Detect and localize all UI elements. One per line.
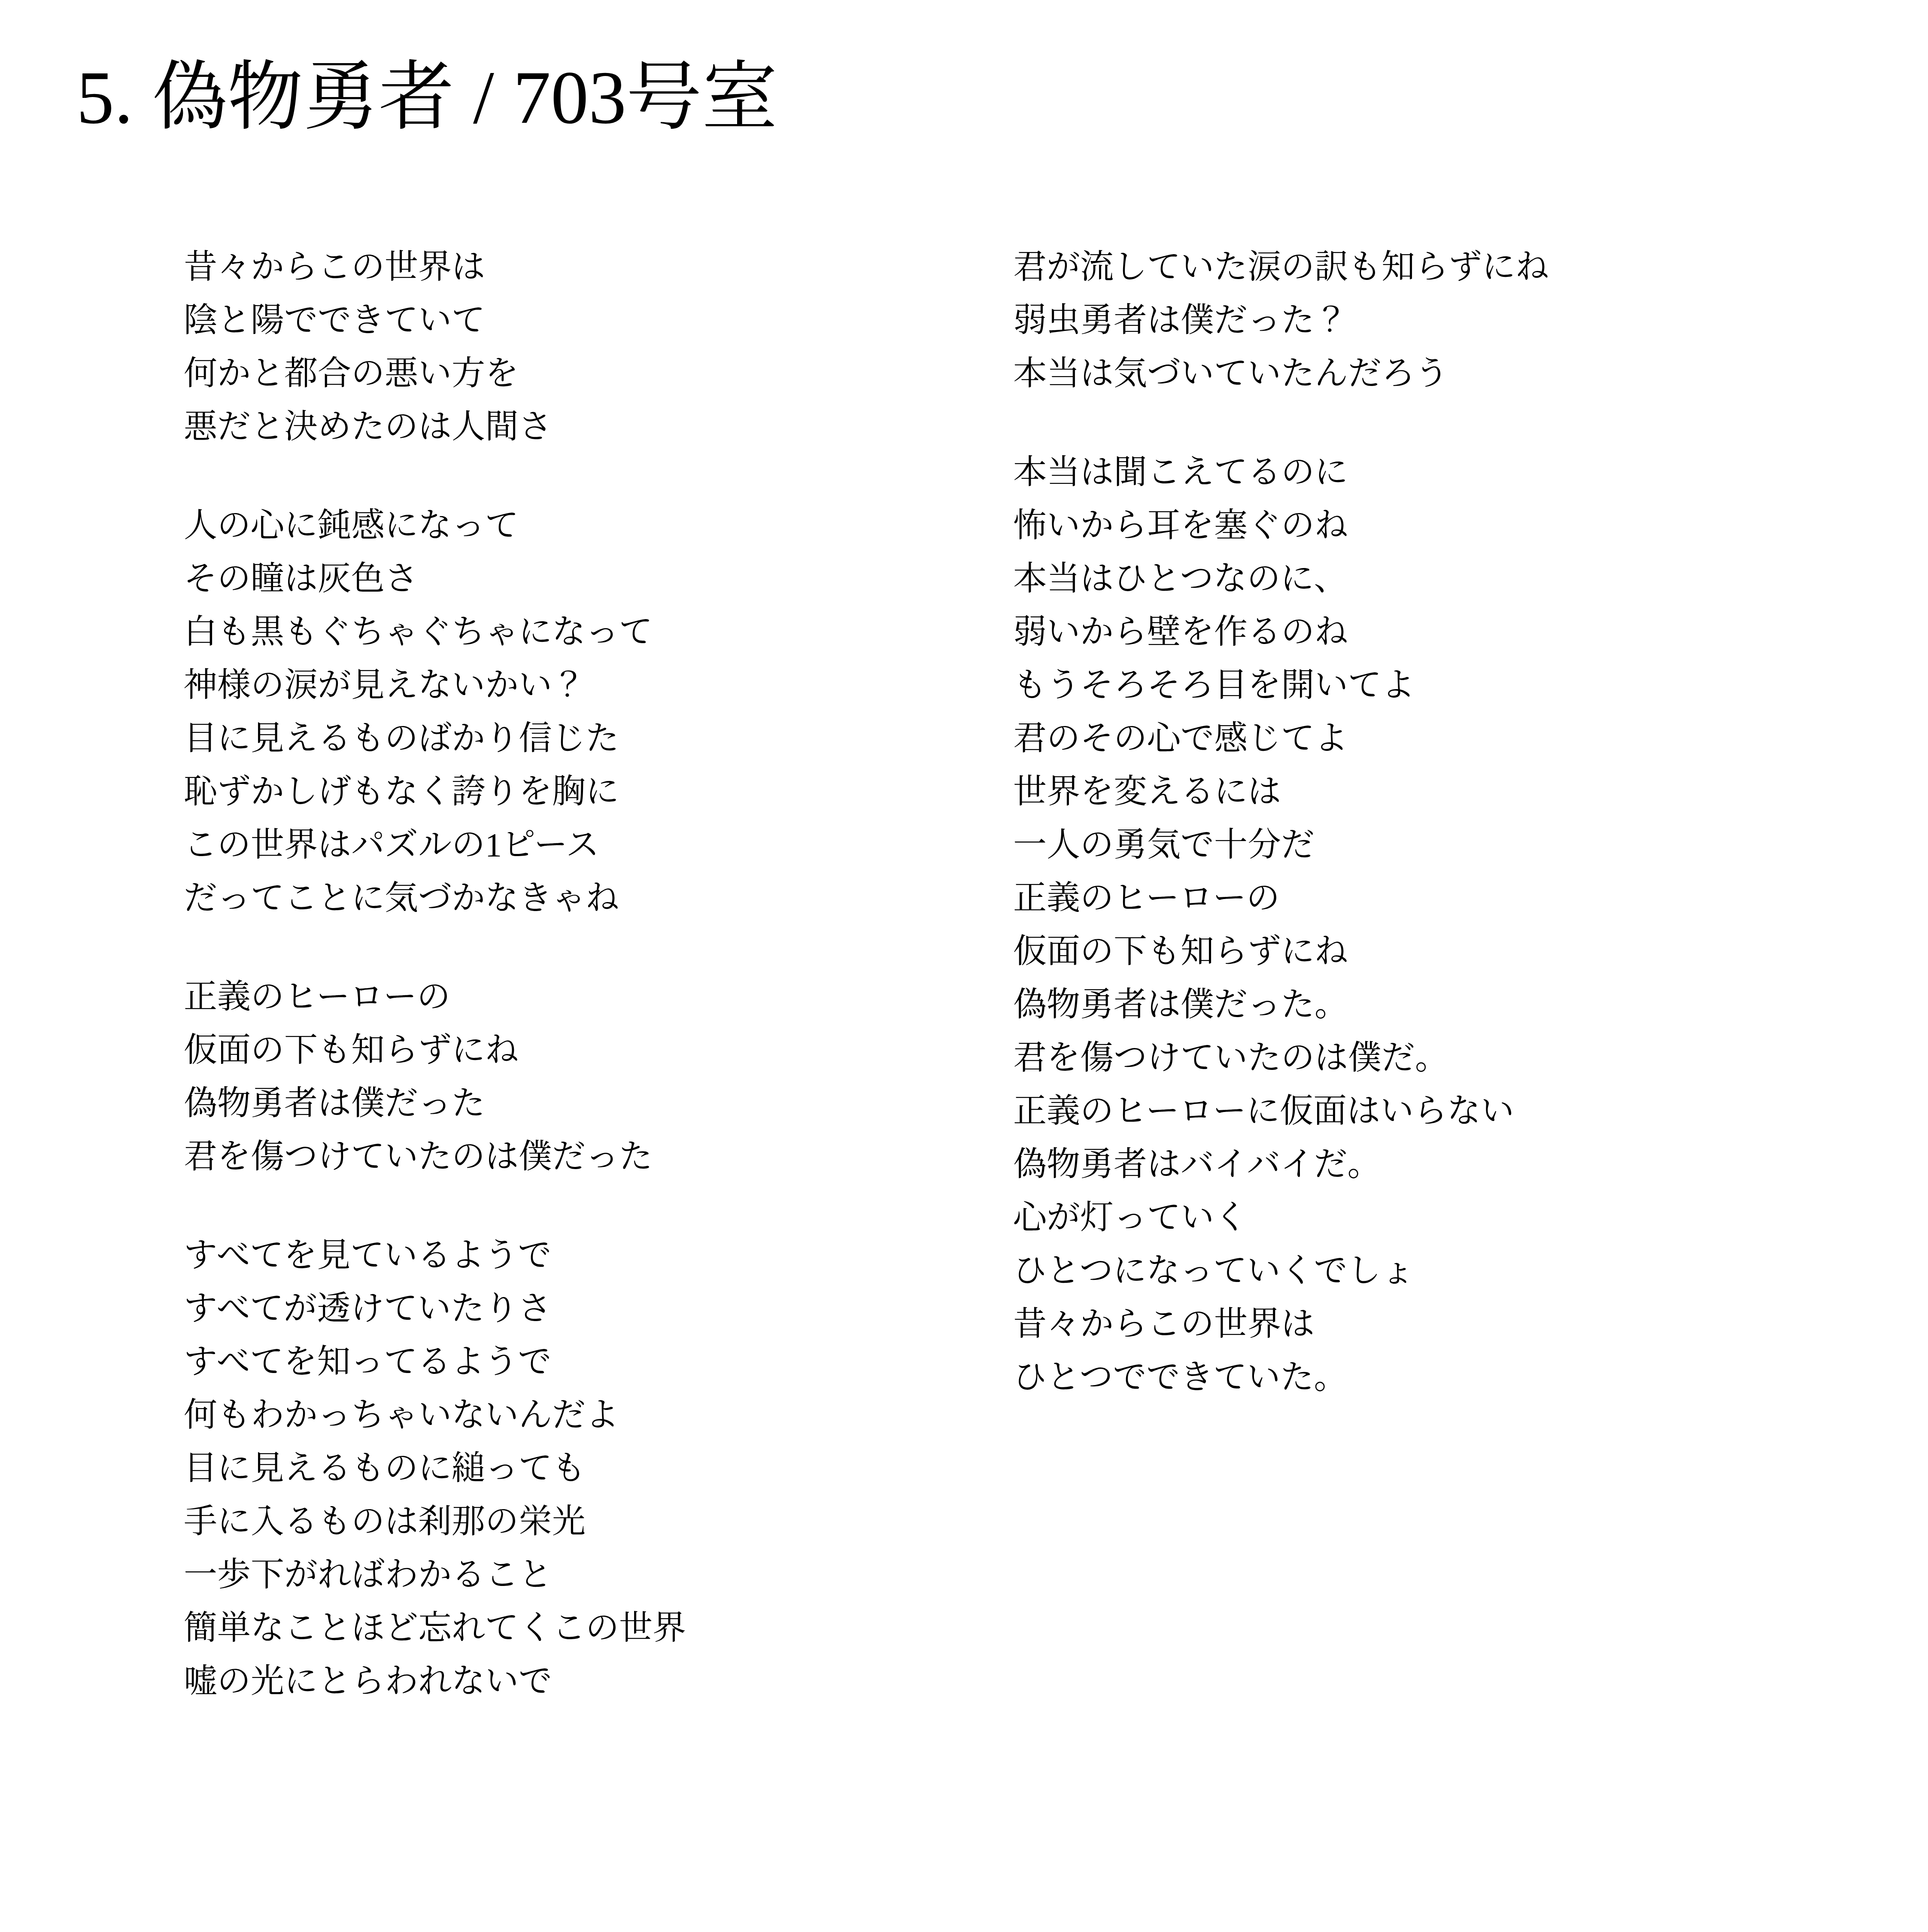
page-title: 5. 偽物勇者 / 703号室 bbox=[76, 51, 777, 145]
lyric-line: 仮面の下も知らずにね bbox=[184, 1024, 686, 1077]
lyric-line: 本当は聞こえてるのに bbox=[1013, 446, 1549, 499]
lyric-stanza: 正義のヒーローの仮面の下も知らずにね偽物勇者は僕だった君を傷つけていたのは僕だっ… bbox=[184, 970, 686, 1183]
lyric-line: 嘘の光にとらわれないで bbox=[184, 1655, 686, 1708]
lyric-line: だってことに気づかなきゃね bbox=[184, 872, 686, 925]
lyric-line: 心が灯っていく bbox=[1013, 1191, 1549, 1244]
lyric-line: 何もわかっちゃいないんだよ bbox=[184, 1388, 686, 1442]
lyric-line: 昔々からこの世界は bbox=[184, 240, 686, 294]
lyric-stanza: 本当は聞こえてるのに怖いから耳を塞ぐのね本当はひとつなのに、弱いから壁を作るのね… bbox=[1013, 446, 1549, 1404]
lyric-line: その瞳は灰色さ bbox=[184, 552, 686, 605]
lyric-stanza: すべてを見ているようですべてが透けていたりさすべてを知ってるようで何もわかっちゃ… bbox=[184, 1229, 686, 1708]
lyric-line: 神様の涙が見えないかい？ bbox=[184, 659, 686, 712]
lyric-line: すべてを知ってるようで bbox=[184, 1335, 686, 1388]
lyric-line: 偽物勇者はバイバイだ。 bbox=[1013, 1138, 1549, 1191]
lyric-line: 悪だと決めたのは人間さ bbox=[184, 400, 686, 453]
lyric-line: 弱虫勇者は僕だった？ bbox=[1013, 294, 1549, 347]
lyric-line: 弱いから壁を作るのね bbox=[1013, 605, 1549, 659]
lyric-line: 世界を変えるには bbox=[1013, 765, 1549, 818]
lyric-line: もうそろそろ目を開いてよ bbox=[1013, 659, 1549, 712]
lyric-line: 本当はひとつなのに、 bbox=[1013, 552, 1549, 605]
lyric-line: すべてを見ているようで bbox=[184, 1229, 686, 1282]
lyric-line: 正義のヒーローの bbox=[184, 970, 686, 1024]
lyrics-column-right: 君が流していた涙の訳も知らずにね弱虫勇者は僕だった？本当は気づいていたんだろう本… bbox=[1013, 240, 1549, 1404]
lyric-line: 正義のヒーローに仮面はいらない bbox=[1013, 1084, 1549, 1138]
lyric-stanza: 昔々からこの世界は陰と陽でできていて何かと都合の悪い方を悪だと決めたのは人間さ bbox=[184, 240, 686, 453]
lyric-line: 一人の勇気で十分だ bbox=[1013, 818, 1549, 872]
lyric-line: 目に見えるものばかり信じた bbox=[184, 712, 686, 765]
lyric-line: 目に見えるものに縋っても bbox=[184, 1442, 686, 1495]
lyric-line: 仮面の下も知らずにね bbox=[1013, 925, 1549, 978]
lyrics-page: 5. 偽物勇者 / 703号室 昔々からこの世界は陰と陽でできていて何かと都合の… bbox=[0, 0, 1928, 1932]
lyric-line: 人の心に鈍感になって bbox=[184, 499, 686, 552]
lyric-line: 偽物勇者は僕だった bbox=[184, 1077, 686, 1130]
lyric-line: 昔々からこの世界は bbox=[1013, 1297, 1549, 1351]
lyric-line: 君を傷つけていたのは僕だ。 bbox=[1013, 1031, 1549, 1084]
lyric-line: ひとつになっていくでしょ bbox=[1013, 1244, 1549, 1297]
lyric-line: ひとつでできていた。 bbox=[1013, 1351, 1549, 1404]
lyric-line: 一歩下がればわかること bbox=[184, 1548, 686, 1601]
lyric-line: 何かと都合の悪い方を bbox=[184, 347, 686, 400]
lyric-line: 正義のヒーローの bbox=[1013, 872, 1549, 925]
lyric-line: この世界はパズルの1ピース bbox=[184, 818, 686, 872]
lyric-line: 偽物勇者は僕だった。 bbox=[1013, 978, 1549, 1031]
lyric-line: すべてが透けていたりさ bbox=[184, 1282, 686, 1335]
lyric-stanza: 人の心に鈍感になってその瞳は灰色さ白も黒もぐちゃぐちゃになって神様の涙が見えない… bbox=[184, 499, 686, 925]
lyric-line: 手に入るものは刹那の栄光 bbox=[184, 1495, 686, 1548]
lyric-line: 君のその心で感じてよ bbox=[1013, 712, 1549, 765]
lyric-line: 簡単なことほど忘れてくこの世界 bbox=[184, 1601, 686, 1655]
lyric-line: 白も黒もぐちゃぐちゃになって bbox=[184, 605, 686, 659]
lyric-stanza: 君が流していた涙の訳も知らずにね弱虫勇者は僕だった？本当は気づいていたんだろう bbox=[1013, 240, 1549, 400]
lyric-line: 本当は気づいていたんだろう bbox=[1013, 347, 1549, 400]
lyrics-column-left: 昔々からこの世界は陰と陽でできていて何かと都合の悪い方を悪だと決めたのは人間さ人… bbox=[184, 240, 686, 1708]
lyric-line: 君が流していた涙の訳も知らずにね bbox=[1013, 240, 1549, 294]
lyric-line: 陰と陽でできていて bbox=[184, 294, 686, 347]
lyric-line: 君を傷つけていたのは僕だった bbox=[184, 1130, 686, 1183]
lyric-line: 恥ずかしげもなく誇りを胸に bbox=[184, 765, 686, 818]
lyric-line: 怖いから耳を塞ぐのね bbox=[1013, 499, 1549, 552]
